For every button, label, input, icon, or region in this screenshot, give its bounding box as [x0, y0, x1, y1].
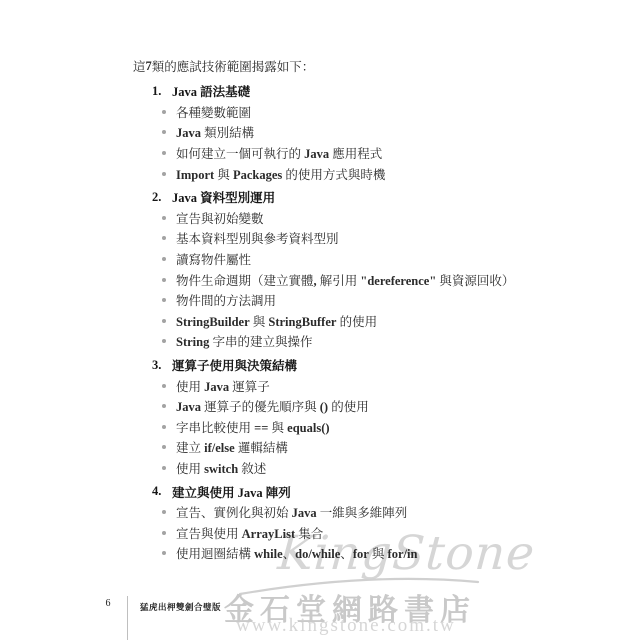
bullet-icon	[162, 216, 166, 220]
list-item-text: 使用迴圈結構 while、do/while、for 與 for/in	[176, 544, 417, 562]
footer-divider	[127, 596, 128, 640]
list-item-text: Import 與 Packages 的使用方式與時機	[176, 165, 385, 183]
list-item: Import 與 Packages 的使用方式與時機	[133, 163, 603, 184]
bullet-icon	[162, 319, 166, 323]
section-heading: 2. Java 資料型別運用	[133, 187, 603, 208]
topic-section: 2. Java 資料型別運用 宣告與初始變數 基本資料型別與參考資料型別 讀寫物…	[133, 187, 603, 352]
list-item-text: 宣告與初始變數	[176, 209, 264, 227]
list-item-text: 物件生命週期（建立實體, 解引用 "dereference" 與資源回收）	[176, 271, 514, 289]
bullet-icon	[162, 551, 166, 555]
list-item: 物件生命週期（建立實體, 解引用 "dereference" 與資源回收）	[133, 269, 603, 290]
section-title: 建立與使用 Java 陣列	[172, 483, 291, 501]
list-item-text: 各種變數範圍	[176, 103, 251, 121]
section-title: 運算子使用與決策結構	[172, 356, 297, 374]
list-item: 物件間的方法調用	[133, 290, 603, 311]
book-page: { "page": { "intro": "這 7 類的應試技術範圍揭露如下："…	[0, 0, 640, 640]
list-item: 使用 Java 運算子	[133, 375, 603, 396]
bullet-icon	[162, 510, 166, 514]
bullet-icon	[162, 130, 166, 134]
section-number: 1.	[152, 84, 172, 99]
list-item-text: 使用 switch 敘述	[176, 459, 266, 477]
bullet-icon	[162, 425, 166, 429]
topic-list: 1. Java 語法基礎 各種變數範圍 Java 類別結構 如何建立一個可執行的…	[133, 81, 603, 564]
section-heading: 3. 運算子使用與決策結構	[133, 355, 603, 376]
bullet-icon	[162, 339, 166, 343]
list-item: Java 類別結構	[133, 122, 603, 143]
bullet-icon	[162, 151, 166, 155]
bullet-icon	[162, 236, 166, 240]
list-item-text: 基本資料型別與參考資料型別	[176, 229, 339, 247]
list-item: 宣告與初始變數	[133, 208, 603, 229]
list-item: 字串比較使用 == 與 equals()	[133, 417, 603, 438]
topic-section: 1. Java 語法基礎 各種變數範圍 Java 類別結構 如何建立一個可執行的…	[133, 81, 603, 184]
bullet-icon	[162, 445, 166, 449]
bullet-icon	[162, 278, 166, 282]
list-item: String 字串的建立與操作	[133, 331, 603, 352]
section-heading: 1. Java 語法基礎	[133, 81, 603, 102]
list-item-text: 如何建立一個可執行的 Java 應用程式	[176, 144, 382, 162]
bullet-icon	[162, 466, 166, 470]
list-item: 使用 switch 敘述	[133, 458, 603, 479]
list-item-text: 建立 if/else 邏輯結構	[176, 438, 288, 456]
list-item: 基本資料型別與參考資料型別	[133, 228, 603, 249]
list-item-text: 字串比較使用 == 與 equals()	[176, 418, 330, 436]
list-item-text: 宣告、實例化與初始 Java 一維與多維陣列	[176, 503, 407, 521]
list-item-text: String 字串的建立與操作	[176, 332, 312, 350]
book-title: 猛虎出柙雙劍合璧版	[140, 601, 221, 613]
list-item: 如何建立一個可執行的 Java 應用程式	[133, 143, 603, 164]
topic-section: 3. 運算子使用與決策結構 使用 Java 運算子 Java 運算子的優先順序與…	[133, 355, 603, 479]
list-item: 各種變數範圍	[133, 102, 603, 123]
list-item: StringBuilder 與 StringBuffer 的使用	[133, 311, 603, 332]
list-item-text: 讀寫物件屬性	[176, 250, 251, 268]
bullet-icon	[162, 172, 166, 176]
bullet-icon	[162, 257, 166, 261]
section-number: 4.	[152, 484, 172, 499]
bullet-icon	[162, 531, 166, 535]
section-number: 3.	[152, 358, 172, 373]
bullet-icon	[162, 384, 166, 388]
bullet-icon	[162, 110, 166, 114]
list-item: 使用迴圈結構 while、do/while、for 與 for/in	[133, 543, 603, 564]
list-item: 建立 if/else 邏輯結構	[133, 437, 603, 458]
page-content: 這 7 類的應試技術範圍揭露如下： 1. Java 語法基礎 各種變數範圍 Ja…	[133, 56, 603, 564]
list-item-text: Java 類別結構	[176, 123, 254, 141]
list-item: 讀寫物件屬性	[133, 249, 603, 270]
bullet-icon	[162, 298, 166, 302]
section-title: Java 語法基礎	[172, 82, 250, 100]
page-number: 6	[100, 598, 116, 609]
list-item-text: 使用 Java 運算子	[176, 377, 270, 395]
section-title: Java 資料型別運用	[172, 188, 275, 206]
list-item: 宣告與使用 ArrayList 集合	[133, 522, 603, 543]
list-item-text: StringBuilder 與 StringBuffer 的使用	[176, 312, 377, 330]
section-heading: 4. 建立與使用 Java 陣列	[133, 481, 603, 502]
list-item: Java 運算子的優先順序與 () 的使用	[133, 396, 603, 417]
topic-section: 4. 建立與使用 Java 陣列 宣告、實例化與初始 Java 一維與多維陣列 …	[133, 481, 603, 563]
list-item-text: 宣告與使用 ArrayList 集合	[176, 524, 323, 542]
section-number: 2.	[152, 190, 172, 205]
list-item: 宣告、實例化與初始 Java 一維與多維陣列	[133, 502, 603, 523]
bullet-icon	[162, 404, 166, 408]
list-item-text: Java 運算子的優先順序與 () 的使用	[176, 397, 369, 415]
list-item-text: 物件間的方法調用	[176, 291, 276, 309]
intro-line: 這 7 類的應試技術範圍揭露如下：	[133, 56, 603, 76]
